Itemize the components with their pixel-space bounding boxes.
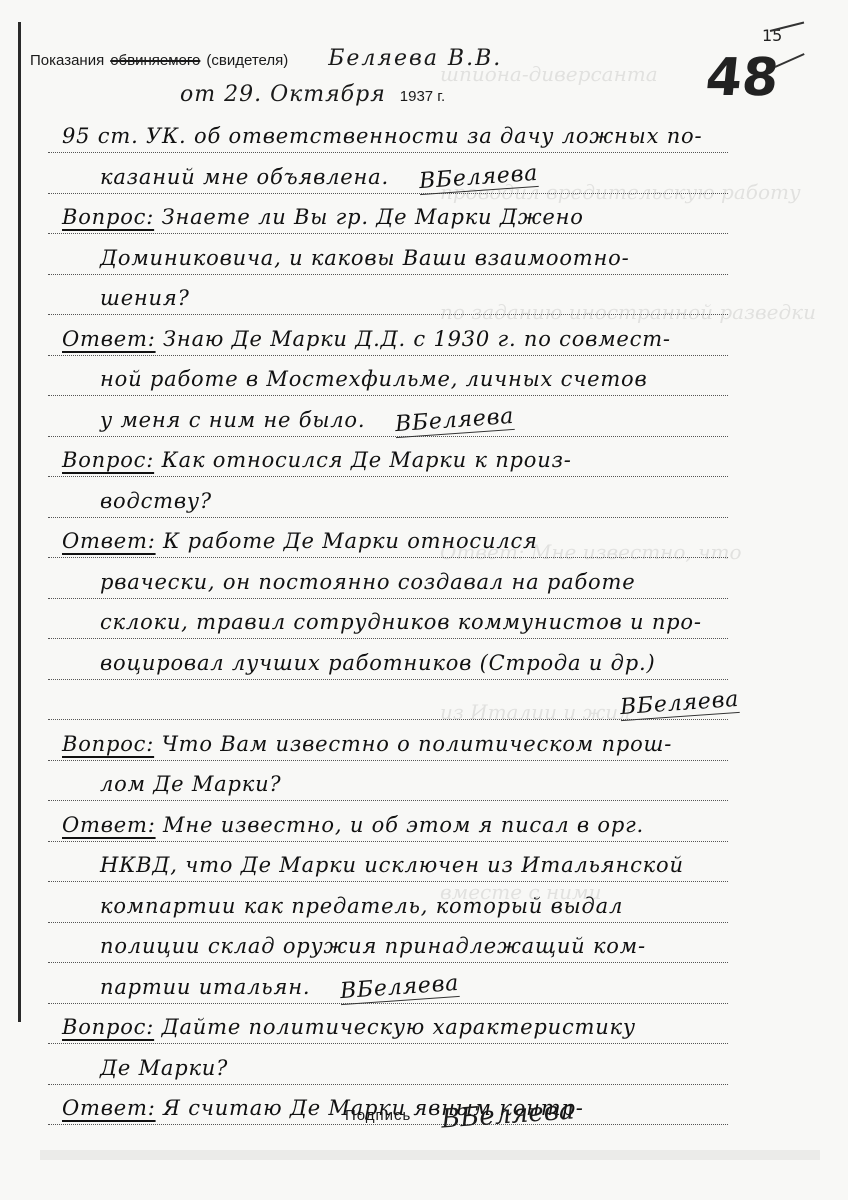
handwritten-line: полиции склад оружия принадлежащий ком- xyxy=(100,934,800,958)
document-page: шпиона-диверсанта проводил вредительскую… xyxy=(0,0,848,1200)
ruled-line xyxy=(48,760,728,761)
ruled-line xyxy=(48,962,728,963)
handwritten-line: Ответ: Знаю Де Марки Д.Д. с 1930 г. по с… xyxy=(62,327,762,351)
line-text: К работе Де Марки относился xyxy=(156,529,538,553)
line-text: НКВД, что Де Марки исключен из Итальянск… xyxy=(100,853,684,877)
date-line: от 29. Октября 1937 г. xyxy=(180,82,445,107)
date-year: 1937 г. xyxy=(400,88,445,105)
ruled-line xyxy=(48,598,728,599)
handwritten-line: Вопрос: Знаете ли Вы гр. Де Марки Джено xyxy=(62,205,762,229)
page-number: 48 xyxy=(703,48,782,108)
handwritten-line: Доминиковича, и каковы Ваши взаимоотно- xyxy=(100,246,800,270)
form-header: Показания обвиняемого (свидетеля) Беляев… xyxy=(30,46,502,70)
ruled-line xyxy=(48,1043,728,1044)
line-text: лом Де Марки? xyxy=(100,772,281,796)
ruled-line xyxy=(48,881,728,882)
line-text: Де Марки? xyxy=(100,1056,228,1080)
handwritten-line: казаний мне объявлена.ВБеляева xyxy=(100,165,800,191)
header-role: (свидетеля) xyxy=(206,52,288,69)
witness-name: Беляева В.В. xyxy=(328,46,502,71)
line-text: воцировал лучших работников (Строда и др… xyxy=(100,651,655,675)
ruled-line xyxy=(48,1003,728,1004)
question-label: Вопрос: xyxy=(62,732,154,756)
line-text: Доминиковича, и каковы Ваши взаимоотно- xyxy=(100,246,629,270)
ruled-line xyxy=(48,355,728,356)
ruled-line xyxy=(48,314,728,315)
handwritten-line: шения? xyxy=(100,286,800,310)
answer-label: Ответ: xyxy=(62,327,156,351)
answer-label: Ответ: xyxy=(62,529,156,553)
handwritten-line: склоки, травил сотрудников коммунистов и… xyxy=(100,610,800,634)
page-edge-smudge xyxy=(40,1150,820,1160)
line-text: у меня с ним не было. xyxy=(100,408,365,432)
inline-signature: ВБеляева xyxy=(619,687,740,721)
ruled-line xyxy=(48,476,728,477)
handwritten-line: партии итальян.ВБеляева xyxy=(100,975,800,1001)
ruled-line xyxy=(48,436,728,437)
handwritten-line: 95 ст. УК. об ответственности за дачу ло… xyxy=(62,124,762,148)
ruled-line xyxy=(48,679,728,680)
line-text: склоки, травил сотрудников коммунистов и… xyxy=(100,610,702,634)
signature: ВБеляева xyxy=(440,1095,575,1134)
line-text: Как относился Де Марки к произ- xyxy=(154,448,572,472)
question-label: Вопрос: xyxy=(62,1015,154,1039)
date-handwritten: от 29. Октября xyxy=(180,82,386,107)
line-text: Знаете ли Вы гр. Де Марки Джено xyxy=(154,205,584,229)
handwritten-line: компартии как предатель, который выдал xyxy=(100,894,800,918)
ruled-line xyxy=(48,1084,728,1085)
ruled-line xyxy=(48,395,728,396)
ruled-line xyxy=(48,800,728,801)
inline-signature: ВБеляева xyxy=(418,160,539,194)
ruled-line xyxy=(48,638,728,639)
question-label: Вопрос: xyxy=(62,448,154,472)
line-text: ной работе в Мостехфильме, личных счетов xyxy=(100,367,648,391)
handwritten-line: Вопрос: Что Вам известно о политическом … xyxy=(62,732,762,756)
ruled-line xyxy=(48,517,728,518)
ruled-line xyxy=(48,193,728,194)
line-text: полиции склад оружия принадлежащий ком- xyxy=(100,934,646,958)
handwritten-line: НКВД, что Де Марки исключен из Итальянск… xyxy=(100,853,800,877)
answer-label: Ответ: xyxy=(62,813,156,837)
handwritten-line: рвачески, он постоянно создавал на работ… xyxy=(100,570,800,594)
line-text: Дайте политическую характеристику xyxy=(154,1015,636,1039)
ruled-line xyxy=(48,233,728,234)
line-text: 95 ст. УК. об ответственности за дачу ло… xyxy=(62,124,702,148)
handwritten-line: водству? xyxy=(100,489,800,513)
handwritten-line: Вопрос: Как относился Де Марки к произ- xyxy=(62,448,762,472)
handwritten-line: у меня с ним не было.ВБеляева xyxy=(100,408,800,434)
ruled-line xyxy=(48,274,728,275)
line-text: партии итальян. xyxy=(100,975,310,999)
handwritten-line: Де Марки? xyxy=(100,1056,800,1080)
line-text: Знаю Де Марки Д.Д. с 1930 г. по совмест- xyxy=(156,327,671,351)
handwritten-line: Ответ: Мне известно, и об этом я писал в… xyxy=(62,813,762,837)
ruled-line xyxy=(48,922,728,923)
handwritten-line: ной работе в Мостехфильме, личных счетов xyxy=(100,367,800,391)
line-text: рвачески, он постоянно создавал на работ… xyxy=(100,570,635,594)
ruled-line xyxy=(48,557,728,558)
answer-label: Ответ: xyxy=(62,1096,156,1120)
inline-signature: ВБеляева xyxy=(340,970,461,1004)
line-text: Что Вам известно о политическом прош- xyxy=(154,732,672,756)
line-text: компартии как предатель, который выдал xyxy=(100,894,623,918)
question-label: Вопрос: xyxy=(62,205,154,229)
handwritten-line: Вопрос: Дайте политическую характеристик… xyxy=(62,1015,762,1039)
left-margin-rule xyxy=(18,22,21,1022)
signature-block: Подпись ВБеляева xyxy=(345,1100,575,1130)
handwritten-line: Ответ: К работе Де Марки относился xyxy=(62,529,762,553)
header-prefix: Показания xyxy=(30,52,104,69)
signature-label: Подпись xyxy=(345,1107,411,1124)
line-text: шения? xyxy=(100,286,190,310)
ruled-line xyxy=(48,841,728,842)
handwritten-line: ВБеляева xyxy=(100,691,800,717)
handwritten-line: воцировал лучших работников (Строда и др… xyxy=(100,651,800,675)
line-text: Мне известно, и об этом я писал в орг. xyxy=(156,813,644,837)
line-text: казаний мне объявлена. xyxy=(100,165,389,189)
header-struck-word: обвиняемого xyxy=(110,52,200,69)
handwritten-line: лом Де Марки? xyxy=(100,772,800,796)
inline-signature: ВБеляева xyxy=(395,403,516,437)
line-text: водству? xyxy=(100,489,212,513)
ruled-line xyxy=(48,152,728,153)
